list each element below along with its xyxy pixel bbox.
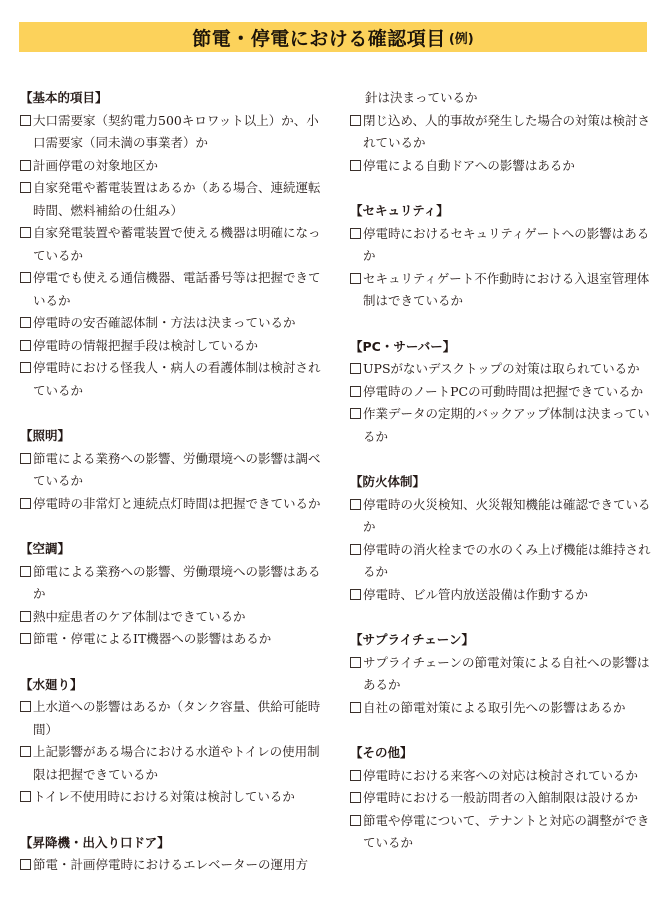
checkbox[interactable] [350, 770, 361, 781]
checklist-item: 自家発電や蓄電装置はあるか（ある場合、連続運転時間、燃料補給の仕組み） [20, 177, 325, 222]
checklist-item: 節電や停電について、テナントと対応の調整ができているか [350, 810, 655, 855]
left-column: 【基本的項目】 大口需要家（契約電力500キロワット以上）か、小口需要家（同未満… [20, 87, 325, 900]
section-elevator-doors: 【昇降機・出入り口ドア】 節電・計画停電時におけるエレベーターの運用方 [20, 832, 325, 877]
section-heading: 【その他】 [350, 742, 655, 765]
checkbox[interactable] [350, 115, 361, 126]
checklist-item: 熱中症患者のケア体制はできているか [20, 606, 325, 629]
checklist-item: 停電時の安否確認体制・方法は決まっているか [20, 312, 325, 335]
checkbox[interactable] [350, 363, 361, 374]
checkbox[interactable] [350, 702, 361, 713]
section-lighting: 【照明】 節電による業務への影響、労働環境への影響は調べているか 停電時の非常灯… [20, 425, 325, 515]
checkbox[interactable] [20, 115, 31, 126]
checklist-item: 節電・停電によるIT機器への影響はあるか [20, 628, 325, 651]
checklist-item: UPSがないデスクトップの対策は取られているか [350, 358, 655, 381]
section-heading: 【基本的項目】 [20, 87, 325, 110]
checklist-item: 停電でも使える通信機器、電話番号等は把握できているか [20, 267, 325, 312]
checkbox[interactable] [350, 589, 361, 600]
section-heading: 【防火体制】 [350, 471, 655, 494]
section-supply-chain: 【サプライチェーン】 サプライチェーンの節電対策による自社への影響はあるか 自社… [350, 629, 655, 719]
checkbox[interactable] [20, 160, 31, 171]
section-basic: 【基本的項目】 大口需要家（契約電力500キロワット以上）か、小口需要家（同未満… [20, 87, 325, 402]
checkbox[interactable] [20, 701, 31, 712]
checklist-item: セキュリティゲート不作動時における入退室管理体制はできているか [350, 268, 655, 313]
section-air-conditioning: 【空調】 節電による業務への影響、労働環境への影響はあるか 熱中症患者のケア体制… [20, 538, 325, 651]
checklist-item: 停電時におけるセキュリティゲートへの影響はあるか [350, 223, 655, 268]
checklist-item: 自家発電装置や蓄電装置で使える機器は明確になっているか [20, 222, 325, 267]
checkbox[interactable] [20, 611, 31, 622]
checklist-item: 停電時における来客への対応は検討されているか [350, 765, 655, 788]
checklist-item: サプライチェーンの節電対策による自社への影響はあるか [350, 652, 655, 697]
checklist-item: 停電時における一般訪問者の入館制限は設けるか [350, 787, 655, 810]
section-heading: 【昇降機・出入り口ドア】 [20, 832, 325, 855]
checkbox[interactable] [20, 227, 31, 238]
checklist-item: 停電時の情報把握手段は検討しているか [20, 335, 325, 358]
checkbox[interactable] [20, 633, 31, 644]
title-banner: 節電・停電における確認項目 (例) [19, 22, 647, 52]
checkbox[interactable] [350, 228, 361, 239]
checklist-item: 節電による業務への影響、労働環境への影響は調べているか [20, 448, 325, 493]
checklist-item: 上水道への影響はあるか（タンク容量、供給可能時間） [20, 696, 325, 741]
page-title-note: (例) [449, 28, 474, 47]
checkbox[interactable] [20, 498, 31, 509]
section-heading: 【照明】 [20, 425, 325, 448]
checkbox[interactable] [20, 566, 31, 577]
checklist-item: 上記影響がある場合における水道やトイレの使用制限は把握できているか [20, 741, 325, 786]
checklist-item: 停電時の消火栓までの水のくみ上げ機能は維持されるか [350, 539, 655, 584]
checkbox[interactable] [20, 746, 31, 757]
checkbox[interactable] [20, 362, 31, 373]
section-heading: 【サプライチェーン】 [350, 629, 655, 652]
checkbox[interactable] [350, 160, 361, 171]
checklist-item: 停電時の非常灯と連続点灯時間は把握できているか [20, 493, 325, 516]
checkbox[interactable] [350, 544, 361, 555]
checklist-item: 大口需要家（契約電力500キロワット以上）か、小口需要家（同未満の事業者）か [20, 110, 325, 155]
checklist-item: 作業データの定期的バックアップ体制は決まっているか [350, 403, 655, 448]
checklist-item: 計画停電の対象地区か [20, 155, 325, 178]
checkbox[interactable] [20, 453, 31, 464]
section-fire-prevention: 【防火体制】 停電時の火災検知、火災報知機能は確認できているか 停電時の消火栓ま… [350, 471, 655, 606]
checklist-item: 節電・計画停電時におけるエレベーターの運用方 [20, 854, 325, 877]
section-elevator-doors-continued: 針は決まっているか 閉じ込め、人的事故が発生した場合の対策は検討されているか 停… [350, 87, 655, 177]
checklist-item: 停電時、ビル管内放送設備は作動するか [350, 584, 655, 607]
checkbox[interactable] [350, 273, 361, 284]
section-heading: 【水廻り】 [20, 674, 325, 697]
section-security: 【セキュリティ】 停電時におけるセキュリティゲートへの影響はあるか セキュリティ… [350, 200, 655, 313]
checklist-item: 節電による業務への影響、労働環境への影響はあるか [20, 561, 325, 606]
checkbox[interactable] [20, 317, 31, 328]
checkbox[interactable] [20, 340, 31, 351]
checkbox[interactable] [350, 815, 361, 826]
section-pc-server: 【PC・サーバー】 UPSがないデスクトップの対策は取られているか 停電時のノー… [350, 336, 655, 449]
section-water: 【水廻り】 上水道への影響はあるか（タンク容量、供給可能時間） 上記影響がある場… [20, 674, 325, 809]
section-heading: 【セキュリティ】 [350, 200, 655, 223]
checklist-item: 閉じ込め、人的事故が発生した場合の対策は検討されているか [350, 110, 655, 155]
checkbox[interactable] [350, 386, 361, 397]
checkbox[interactable] [350, 408, 361, 419]
checkbox[interactable] [350, 657, 361, 668]
checklist-item: 停電による自動ドアへの影響はあるか [350, 155, 655, 178]
section-other: 【その他】 停電時における来客への対応は検討されているか 停電時における一般訪問… [350, 742, 655, 855]
checkbox[interactable] [20, 791, 31, 802]
page-title: 節電・停電における確認項目 [192, 24, 446, 51]
section-heading: 【PC・サーバー】 [350, 336, 655, 359]
section-heading: 【空調】 [20, 538, 325, 561]
checkbox[interactable] [20, 182, 31, 193]
checklist-item: 自社の節電対策による取引先への影響はあるか [350, 697, 655, 720]
checklist-item: 停電時における怪我人・病人の看護体制は検討されているか [20, 357, 325, 402]
checkbox[interactable] [20, 859, 31, 870]
checklist-item: トイレ不使用時における対策は検討しているか [20, 786, 325, 809]
checkbox[interactable] [20, 272, 31, 283]
checkbox[interactable] [350, 499, 361, 510]
item-continuation-text: 針は決まっているか [350, 87, 655, 110]
right-column: 針は決まっているか 閉じ込め、人的事故が発生した場合の対策は検討されているか 停… [350, 87, 655, 878]
checkbox[interactable] [350, 792, 361, 803]
checklist-item: 停電時のノートPCの可動時間は把握できているか [350, 381, 655, 404]
checklist-item: 停電時の火災検知、火災報知機能は確認できているか [350, 494, 655, 539]
